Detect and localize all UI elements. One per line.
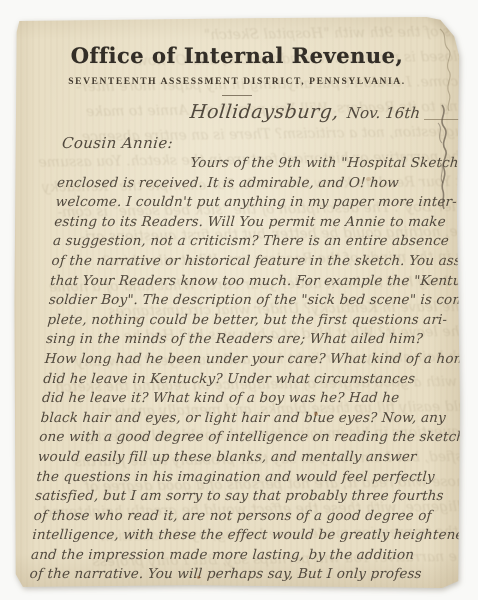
letter-line: would easily fill up these blanks, and m… xyxy=(37,448,450,468)
letter-line: welcome. I couldn't put anything in my p… xyxy=(55,193,460,213)
letter-line: that Your Readers know too much. For exa… xyxy=(49,272,460,292)
letter-line: of those who read it, are not persons of… xyxy=(33,507,446,527)
letter-line: of the narrative or historical feature i… xyxy=(51,252,460,272)
scanned-letter-page: Yours of the 9th with "Hospital Sketch"e… xyxy=(0,0,478,600)
letter-line: sing in the minds of the Readers are; Wh… xyxy=(45,330,458,350)
letter-line: one with a good degree of intelligence o… xyxy=(39,428,452,448)
letter-line: enclosed is received. It is admirable, a… xyxy=(56,174,460,194)
letter-line: esting to its Readers. Will You permit m… xyxy=(54,213,460,233)
letterhead: Office of Internal Revenue, SEVENTEENTH … xyxy=(14,17,460,96)
letter-line: How long had he been under your care? Wh… xyxy=(44,350,457,370)
letter-line: of the narrative. You will perhaps say, … xyxy=(29,565,442,585)
letter-line: plete, nothing could be better, but the … xyxy=(47,311,460,331)
ink-scribble-decoration xyxy=(428,103,458,213)
pencil-writing-decoration xyxy=(434,25,458,115)
letter-line: the questions in his imagination and wou… xyxy=(36,468,449,488)
paper-sheet: Yours of the 9th with "Hospital Sketch"e… xyxy=(14,17,460,588)
letterhead-title: Office of Internal Revenue, xyxy=(14,43,460,68)
letterhead-subtitle: SEVENTEENTH ASSESSMENT DISTRICT, PENNSYL… xyxy=(14,77,460,87)
letter-line: satisfied, but I am sorry to say that pr… xyxy=(34,487,447,507)
letter-line: soldier Boy". The description of the "si… xyxy=(48,291,460,311)
letter-line: intelligence, with these the effect woul… xyxy=(32,526,445,546)
letter-line: did he leave it? What kind of a boy was … xyxy=(41,389,454,409)
letter-line: a suggestion, not a criticism? There is … xyxy=(52,232,460,252)
letter-paper: Yours of the 9th with "Hospital Sketch"e… xyxy=(14,17,460,588)
letterhead-divider-rule xyxy=(222,95,252,96)
letter-line: did he leave in Kentucky? Under what cir… xyxy=(43,370,456,390)
letter-line: black hair and eyes, or light hair and b… xyxy=(40,409,453,429)
dateline-date: Nov. 16th xyxy=(346,104,421,122)
letter-line: Yours of the 9th with "Hospital Sketch" xyxy=(58,154,460,174)
dateline: Hollidaysburg, Nov. 16th 1863. xyxy=(190,101,460,123)
salutation: Cousin Annie: xyxy=(61,134,174,152)
dateline-place: Hollidaysburg, xyxy=(189,101,340,123)
letter-line: and the impression made more lasting, by… xyxy=(30,546,443,566)
letter-body: Yours of the 9th with "Hospital Sketch"e… xyxy=(29,154,460,585)
